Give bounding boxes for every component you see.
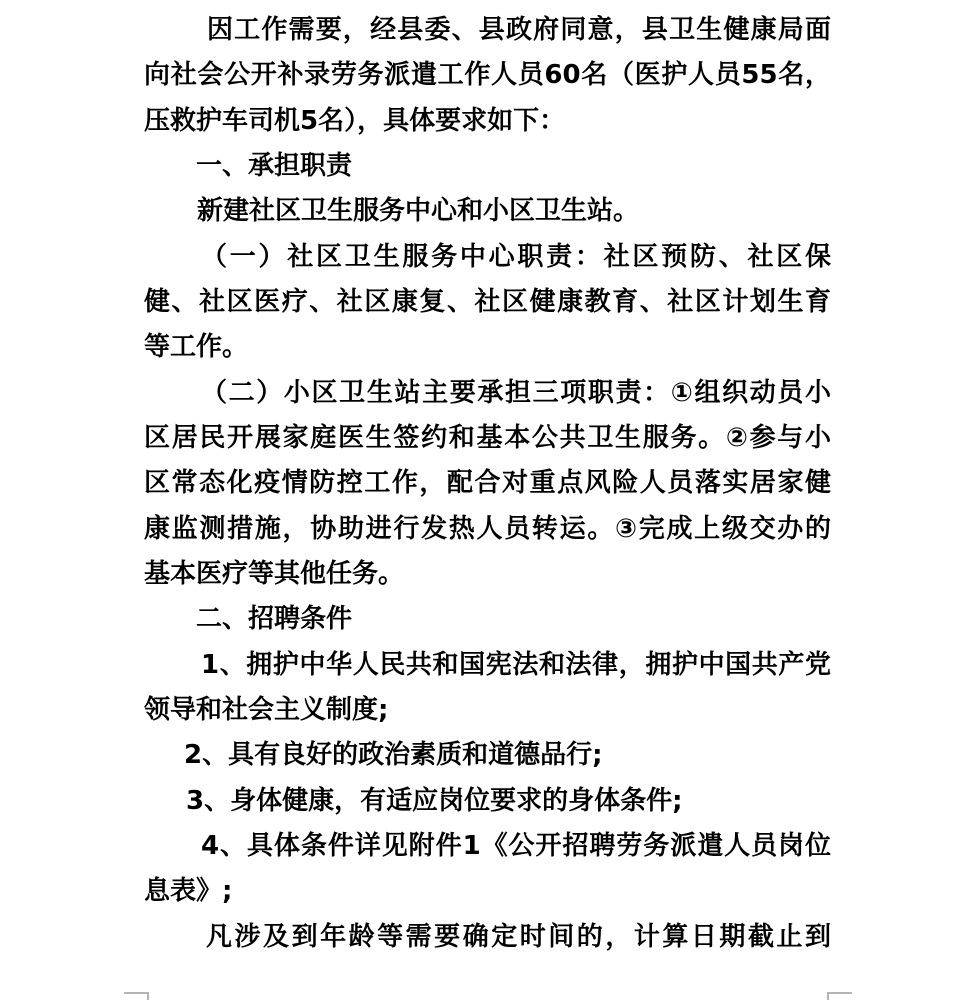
paragraph: 4、具体条件详见附件1《公开招聘劳务派遣人员岗位信息表》; [144,824,831,915]
paragraph: 2、具有良好的政治素质和道德品行; [144,733,831,778]
text-line: 凡涉及到年龄等需要确定时间的，计算日期截止到2022 [144,915,831,960]
paragraph: 3、身体健康，有适应岗位要求的身体条件; [144,779,831,824]
document-page: 因工作需要，经县委、县政府同意，县卫生健康局面向社会公开补录劳务派遣工作人员60… [0,0,976,1000]
text-line: 康监测措施，协助进行发热人员转运。③完成上级交办的 [144,507,831,552]
text-line: 领导和社会主义制度; [144,688,831,733]
text-line: 息表》; [144,869,831,914]
text-line: 2、具有良好的政治素质和道德品行; [144,733,831,778]
paragraph: （二）小区卫生站主要承担三项职责：①组织动员小区居民开展家庭医生签约和基本公共卫… [144,371,831,598]
text-line: 因工作需要，经县委、县政府同意，县卫生健康局面 [144,8,831,53]
text-line: （一）社区卫生服务中心职责：社区预防、社区保 [144,235,831,280]
paragraph: 新建社区卫生服务中心和小区卫生站。 [144,189,831,234]
text-line: 区居民开展家庭医生签约和基本公共卫生服务。②参与小 [144,416,831,461]
text-line: 新建社区卫生服务中心和小区卫生站。 [144,189,831,234]
text-line: （二）小区卫生站主要承担三项职责：①组织动员小 [144,371,831,416]
text-line: 基本医疗等其他任务。 [144,552,831,597]
paragraph: 二、招聘条件 [144,597,831,642]
text-line: 向社会公开补录劳务派遣工作人员60名（医护人员55名，负 [144,53,831,98]
text-line: 二、招聘条件 [144,597,831,642]
text-line: 压救护车司机5名），具体要求如下： [144,99,831,144]
text-line: 4、具体条件详见附件1《公开招聘劳务派遣人员岗位信 [144,824,831,869]
text-line: 1、拥护中华人民共和国宪法和法律，拥护中国共产党 [144,643,831,688]
paragraph: 凡涉及到年龄等需要确定时间的，计算日期截止到2022 [144,915,831,960]
next-page-corner-mark-left [124,992,149,1000]
text-line: 等工作。 [144,325,831,370]
paragraph: 一、承担职责 [144,144,831,189]
text-line: 健、社区医疗、社区康复、社区健康教育、社区计划生育 [144,280,831,325]
text-line: 3、身体健康，有适应岗位要求的身体条件; [144,779,831,824]
paragraph: 1、拥护中华人民共和国宪法和法律，拥护中国共产党领导和社会主义制度; [144,643,831,734]
paragraph: 因工作需要，经县委、县政府同意，县卫生健康局面向社会公开补录劳务派遣工作人员60… [144,8,831,144]
next-page-corner-mark-right [827,992,852,1000]
paragraph: （一）社区卫生服务中心职责：社区预防、社区保健、社区医疗、社区康复、社区健康教育… [144,235,831,371]
text-line: 区常态化疫情防控工作，配合对重点风险人员落实居家健 [144,461,831,506]
document-body: 因工作需要，经县委、县政府同意，县卫生健康局面向社会公开补录劳务派遣工作人员60… [144,8,831,960]
text-line: 一、承担职责 [144,144,831,189]
